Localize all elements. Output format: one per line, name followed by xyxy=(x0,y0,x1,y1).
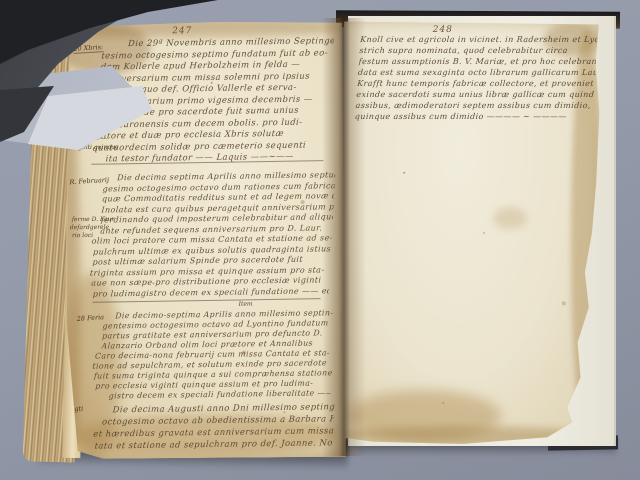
manuscript-line: tata et statione ad sepulchram pro def. … xyxy=(94,437,333,452)
manuscript-text-block: Die decima septima Aprilis anno millesim… xyxy=(96,170,335,299)
manuscript-text-block: Die decimo-septima Aprilis anno millesim… xyxy=(98,308,335,401)
manuscript-line: strich supra nominata, quod celebrabitur… xyxy=(359,45,598,56)
interline-note: Item xyxy=(239,301,253,309)
right-page: 248 Knoll cive et agricola in vicinet. i… xyxy=(342,22,601,445)
water-stain xyxy=(493,207,527,229)
manuscript-line: gistro decem ex speciali fundatione libe… xyxy=(108,388,331,401)
manuscript-line: assibus, ædimoderatori septem assibus cu… xyxy=(355,100,594,111)
manuscript-line: festum assumptionis B. V. Mariæ, et pro … xyxy=(358,56,597,67)
manuscript-line: exinde sacerdoti suma unius libræ gallic… xyxy=(356,89,595,100)
page-number-left: 247 xyxy=(172,26,192,36)
manuscript-line: Krafft hunc temporis fabricæ collectore,… xyxy=(357,78,596,89)
manuscript-line: quinque assibus cum dimidio ———— ~ ———— xyxy=(354,111,593,122)
manuscript-text-block: Knoll cive et agricola in vicinet. in Ra… xyxy=(354,34,598,122)
margin-note: 28 Feria xyxy=(76,313,104,323)
manuscript-photo: 247 20 Xbris: Die 29ª Novembris anno mil… xyxy=(0,0,640,480)
foxing-spot xyxy=(403,172,405,174)
manuscript-text-block: Die decima Augusti anno Dni millesimo se… xyxy=(100,401,335,452)
manuscript-line: Knoll cive et agricola in vicinet. in Ra… xyxy=(360,34,599,45)
manuscript-line: data est suma sexaginta octo librarum ga… xyxy=(358,67,597,78)
margin-side-note: rio loci xyxy=(72,232,93,240)
